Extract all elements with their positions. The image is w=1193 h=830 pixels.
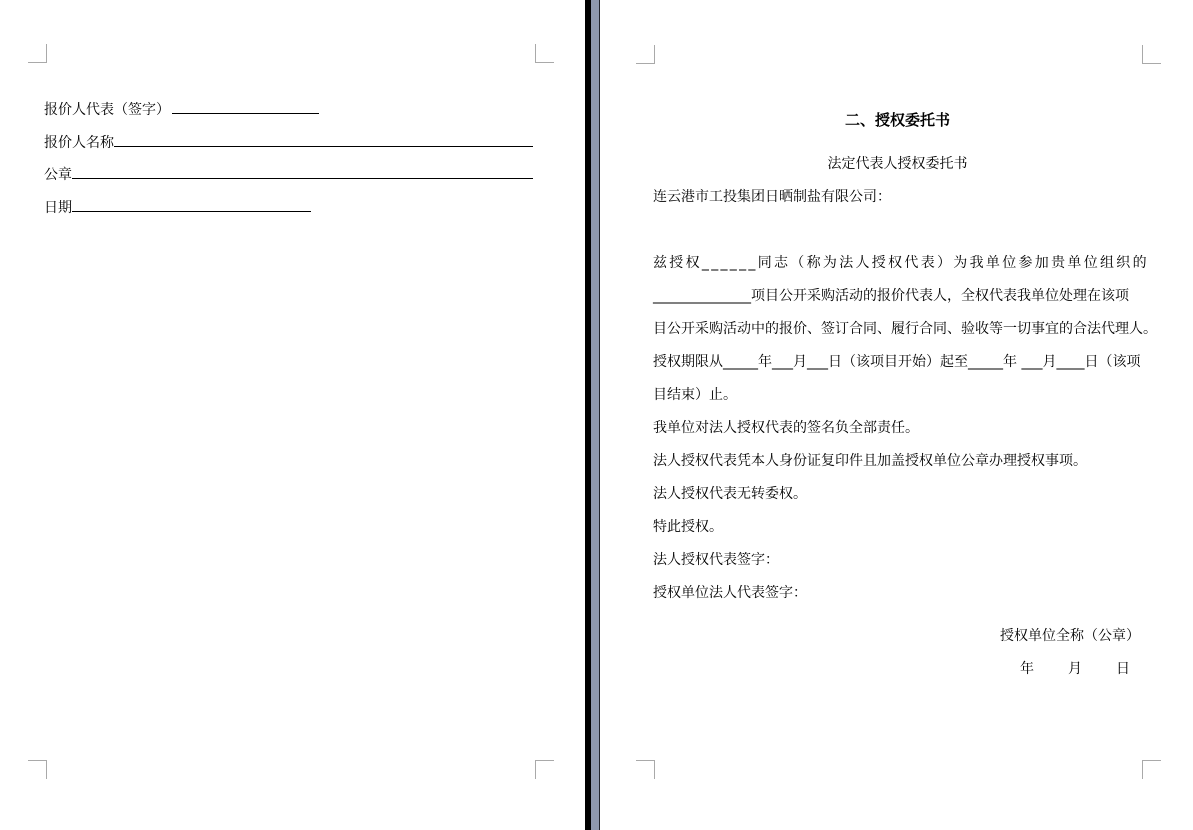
field-label: 日期 — [44, 200, 72, 216]
signature-blank-line[interactable] — [114, 131, 533, 147]
right-page-content: 二、授权委托书 法定代表人授权委托书 连云港市工投集团日晒制盐有限公司： 兹授权… — [653, 104, 1142, 686]
body-line: 法人授权代表凭本人身份证复印件且加盖授权单位公章办理授权事项。 — [653, 445, 1142, 478]
signoff-date-line: 年 月 日 — [653, 653, 1142, 686]
field-date[interactable]: 日期 — [44, 192, 544, 225]
body-line: 目结束）止。 — [653, 379, 1142, 412]
page-left[interactable]: 报价人代表（签字） 报价人名称 公章 日期 — [0, 0, 585, 830]
document-canvas: 报价人代表（签字） 报价人名称 公章 日期 二、授权委托书 法定代表人授权委托书… — [0, 0, 1193, 830]
left-page-content: 报价人代表（签字） 报价人名称 公章 日期 — [44, 94, 544, 224]
field-label: 报价人代表（签字） — [44, 102, 170, 118]
signoff-company-line: 授权单位全称（公章） — [653, 620, 1142, 653]
signature-blank-line[interactable] — [172, 98, 319, 114]
field-label: 公章 — [44, 167, 72, 183]
field-official-seal[interactable]: 公章 — [44, 159, 544, 192]
document-subtitle: 法定代表人授权委托书 — [653, 148, 1142, 181]
body-line: 目公开采购活动中的报价、签订合同、履行合同、验收等一切事宜的合法代理人。 — [653, 313, 1142, 346]
margin-mark-bottom-right — [1142, 760, 1161, 779]
margin-mark-bottom-left — [28, 760, 47, 779]
margin-mark-top-left — [28, 44, 47, 63]
body-line: 法人授权代表无转委权。 — [653, 478, 1142, 511]
body-line: 我单位对法人授权代表的签名负全部责任。 — [653, 412, 1142, 445]
field-label: 报价人名称 — [44, 135, 114, 151]
margin-mark-top-left — [636, 45, 655, 64]
body-line: ______________项目公开采购活动的报价代表人，全权代表我单位处理在该… — [653, 280, 1142, 313]
field-bidder-name[interactable]: 报价人名称 — [44, 127, 544, 160]
page-divider — [591, 0, 600, 830]
page-right[interactable]: 二、授权委托书 法定代表人授权委托书 连云港市工投集团日晒制盐有限公司： 兹授权… — [600, 0, 1193, 830]
field-bidder-representative[interactable]: 报价人代表（签字） — [44, 94, 544, 127]
margin-mark-top-right — [1142, 45, 1161, 64]
salutation-line: 连云港市工投集团日晒制盐有限公司： — [653, 181, 1142, 214]
signature-blank-line[interactable] — [72, 163, 533, 179]
body-line: 授权期限从_____年___月___日（该项目开始）起至_____年 ___月_… — [653, 346, 1142, 379]
body-line: 特此授权。 — [653, 511, 1142, 544]
date-year-label: 年 — [1020, 653, 1034, 686]
date-day-label: 日 — [1116, 653, 1130, 686]
margin-mark-bottom-right — [535, 760, 554, 779]
date-month-label: 月 — [1068, 653, 1082, 686]
blank-line — [653, 214, 1142, 247]
signature-blank-line[interactable] — [72, 196, 311, 212]
margin-mark-top-right — [535, 44, 554, 63]
document-title: 二、授权委托书 — [653, 104, 1142, 137]
margin-mark-bottom-left — [636, 760, 655, 779]
body-line: 兹授权______同志（称为法人授权代表）为我单位参加贵单位组织的 — [653, 247, 1142, 280]
body-line: 法人授权代表签字： — [653, 544, 1142, 577]
body-line: 授权单位法人代表签字： — [653, 577, 1142, 610]
